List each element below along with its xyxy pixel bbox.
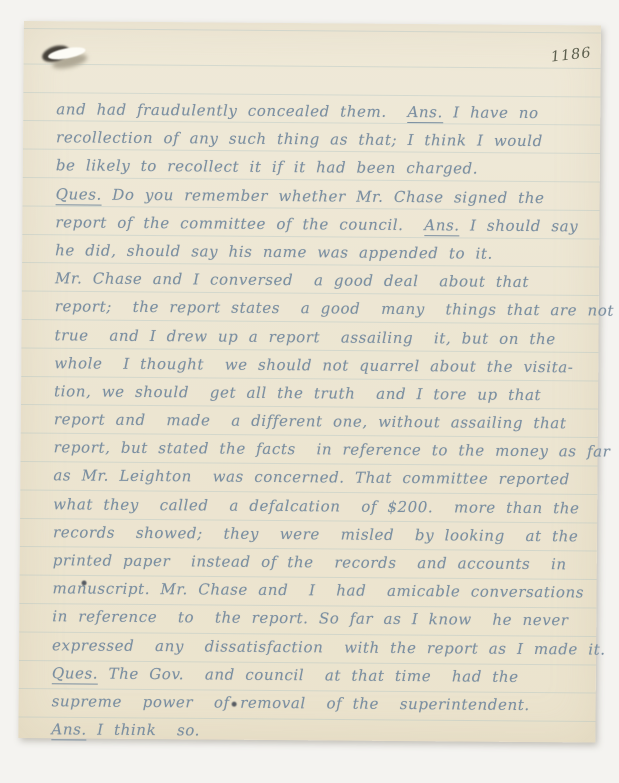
- handwritten-line: what they called a defalcation of $200. …: [53, 495, 593, 527]
- handwritten-line: recollection of any such thing as that; …: [56, 128, 596, 160]
- qa-abbreviation-underlined: Ans.: [424, 216, 460, 236]
- handwritten-line: printed paper instead of the records and…: [53, 551, 593, 583]
- line-text: Mr. Chase and I conversed a good deal ab…: [55, 269, 529, 291]
- line-text: recollection of any such thing as that; …: [56, 128, 543, 150]
- handwritten-line: tion, we should get all the truth and I …: [54, 382, 594, 414]
- line-text: supreme power of removal of the superint…: [52, 692, 530, 714]
- line-text: The Gov. and council at that time had th…: [98, 664, 519, 685]
- handwritten-line: report of the committee of the council. …: [55, 213, 595, 245]
- handwritten-line: supreme power of removal of the superint…: [52, 692, 592, 724]
- handwritten-line: manuscript. Mr. Chase and I had amicable…: [52, 579, 592, 611]
- handwritten-line: Mr. Chase and I conversed a good deal ab…: [55, 269, 595, 301]
- handwritten-line: and had fraudulently concealed them. Ans…: [56, 100, 596, 132]
- line-text: printed paper instead of the records and…: [53, 551, 567, 573]
- paper-tear-mark: [40, 41, 100, 77]
- line-text: report and made a different one, without…: [54, 410, 567, 432]
- handwritten-line: whole I thought we should not quarrel ab…: [54, 354, 594, 386]
- handwritten-line: records showed; they were misled by look…: [53, 523, 593, 555]
- line-text: expressed any dissatisfaction with the r…: [52, 636, 606, 658]
- handwriting-lines: and had fraudulently concealed them. Ans…: [51, 100, 596, 753]
- handwritten-line: he did, should say his name was appended…: [55, 241, 595, 273]
- line-text: true and I drew up a report assailing it…: [54, 326, 555, 348]
- line-text: tion, we should get all the truth and I …: [54, 382, 541, 404]
- line-text: he did, should say his name was appended…: [55, 241, 493, 262]
- handwritten-line: Ques. The Gov. and council at that time …: [52, 664, 592, 696]
- qa-abbreviation-underlined: Ques.: [56, 185, 102, 205]
- handwritten-line: report; the report states a good many th…: [55, 298, 595, 330]
- line-text: I should say: [460, 216, 579, 235]
- line-text: and had fraudulently concealed them.: [56, 100, 407, 121]
- scanned-page: 1186 and had fraudulently concealed them…: [18, 21, 601, 743]
- line-text: report; the report states a good many th…: [55, 298, 614, 320]
- handwritten-line: report and made a different one, without…: [54, 410, 594, 442]
- line-text: I think so.: [87, 721, 200, 740]
- qa-abbreviation-underlined: Ans.: [407, 103, 443, 123]
- line-text: I have no: [443, 103, 539, 122]
- line-text: as Mr. Leighton was concerned. That comm…: [53, 467, 570, 489]
- handwritten-line: report, but stated the facts in referenc…: [54, 438, 594, 470]
- line-text: report, but stated the facts in referenc…: [54, 438, 611, 460]
- handwritten-line: be likely to recollect it if it had been…: [56, 157, 596, 189]
- line-text: whole I thought we should not quarrel ab…: [54, 354, 573, 376]
- line-text: in reference to the report. So far as I …: [52, 608, 568, 630]
- ink-blot: [232, 702, 237, 707]
- handwritten-line: as Mr. Leighton was concerned. That comm…: [53, 467, 593, 499]
- line-text: manuscript. Mr. Chase and I had amicable…: [52, 579, 584, 601]
- handwritten-line: Ans. I think so.: [51, 720, 591, 752]
- qa-abbreviation-underlined: Ans.: [51, 720, 87, 740]
- line-text: Do you remember whether Mr. Chase signed…: [102, 185, 545, 206]
- handwritten-line: expressed any dissatisfaction with the r…: [52, 636, 592, 668]
- qa-abbreviation-underlined: Ques.: [52, 664, 98, 684]
- line-text: be likely to recollect it if it had been…: [56, 157, 478, 178]
- line-text: report of the committee of the council.: [55, 213, 424, 234]
- handwritten-line: true and I drew up a report assailing it…: [54, 326, 594, 358]
- line-text: records showed; they were misled by look…: [53, 523, 579, 545]
- line-text: what they called a defalcation of $200. …: [53, 495, 580, 517]
- handwritten-line: in reference to the report. So far as I …: [52, 608, 592, 640]
- handwritten-line: Ques. Do you remember whether Mr. Chase …: [55, 185, 595, 217]
- ink-blot: [82, 580, 87, 585]
